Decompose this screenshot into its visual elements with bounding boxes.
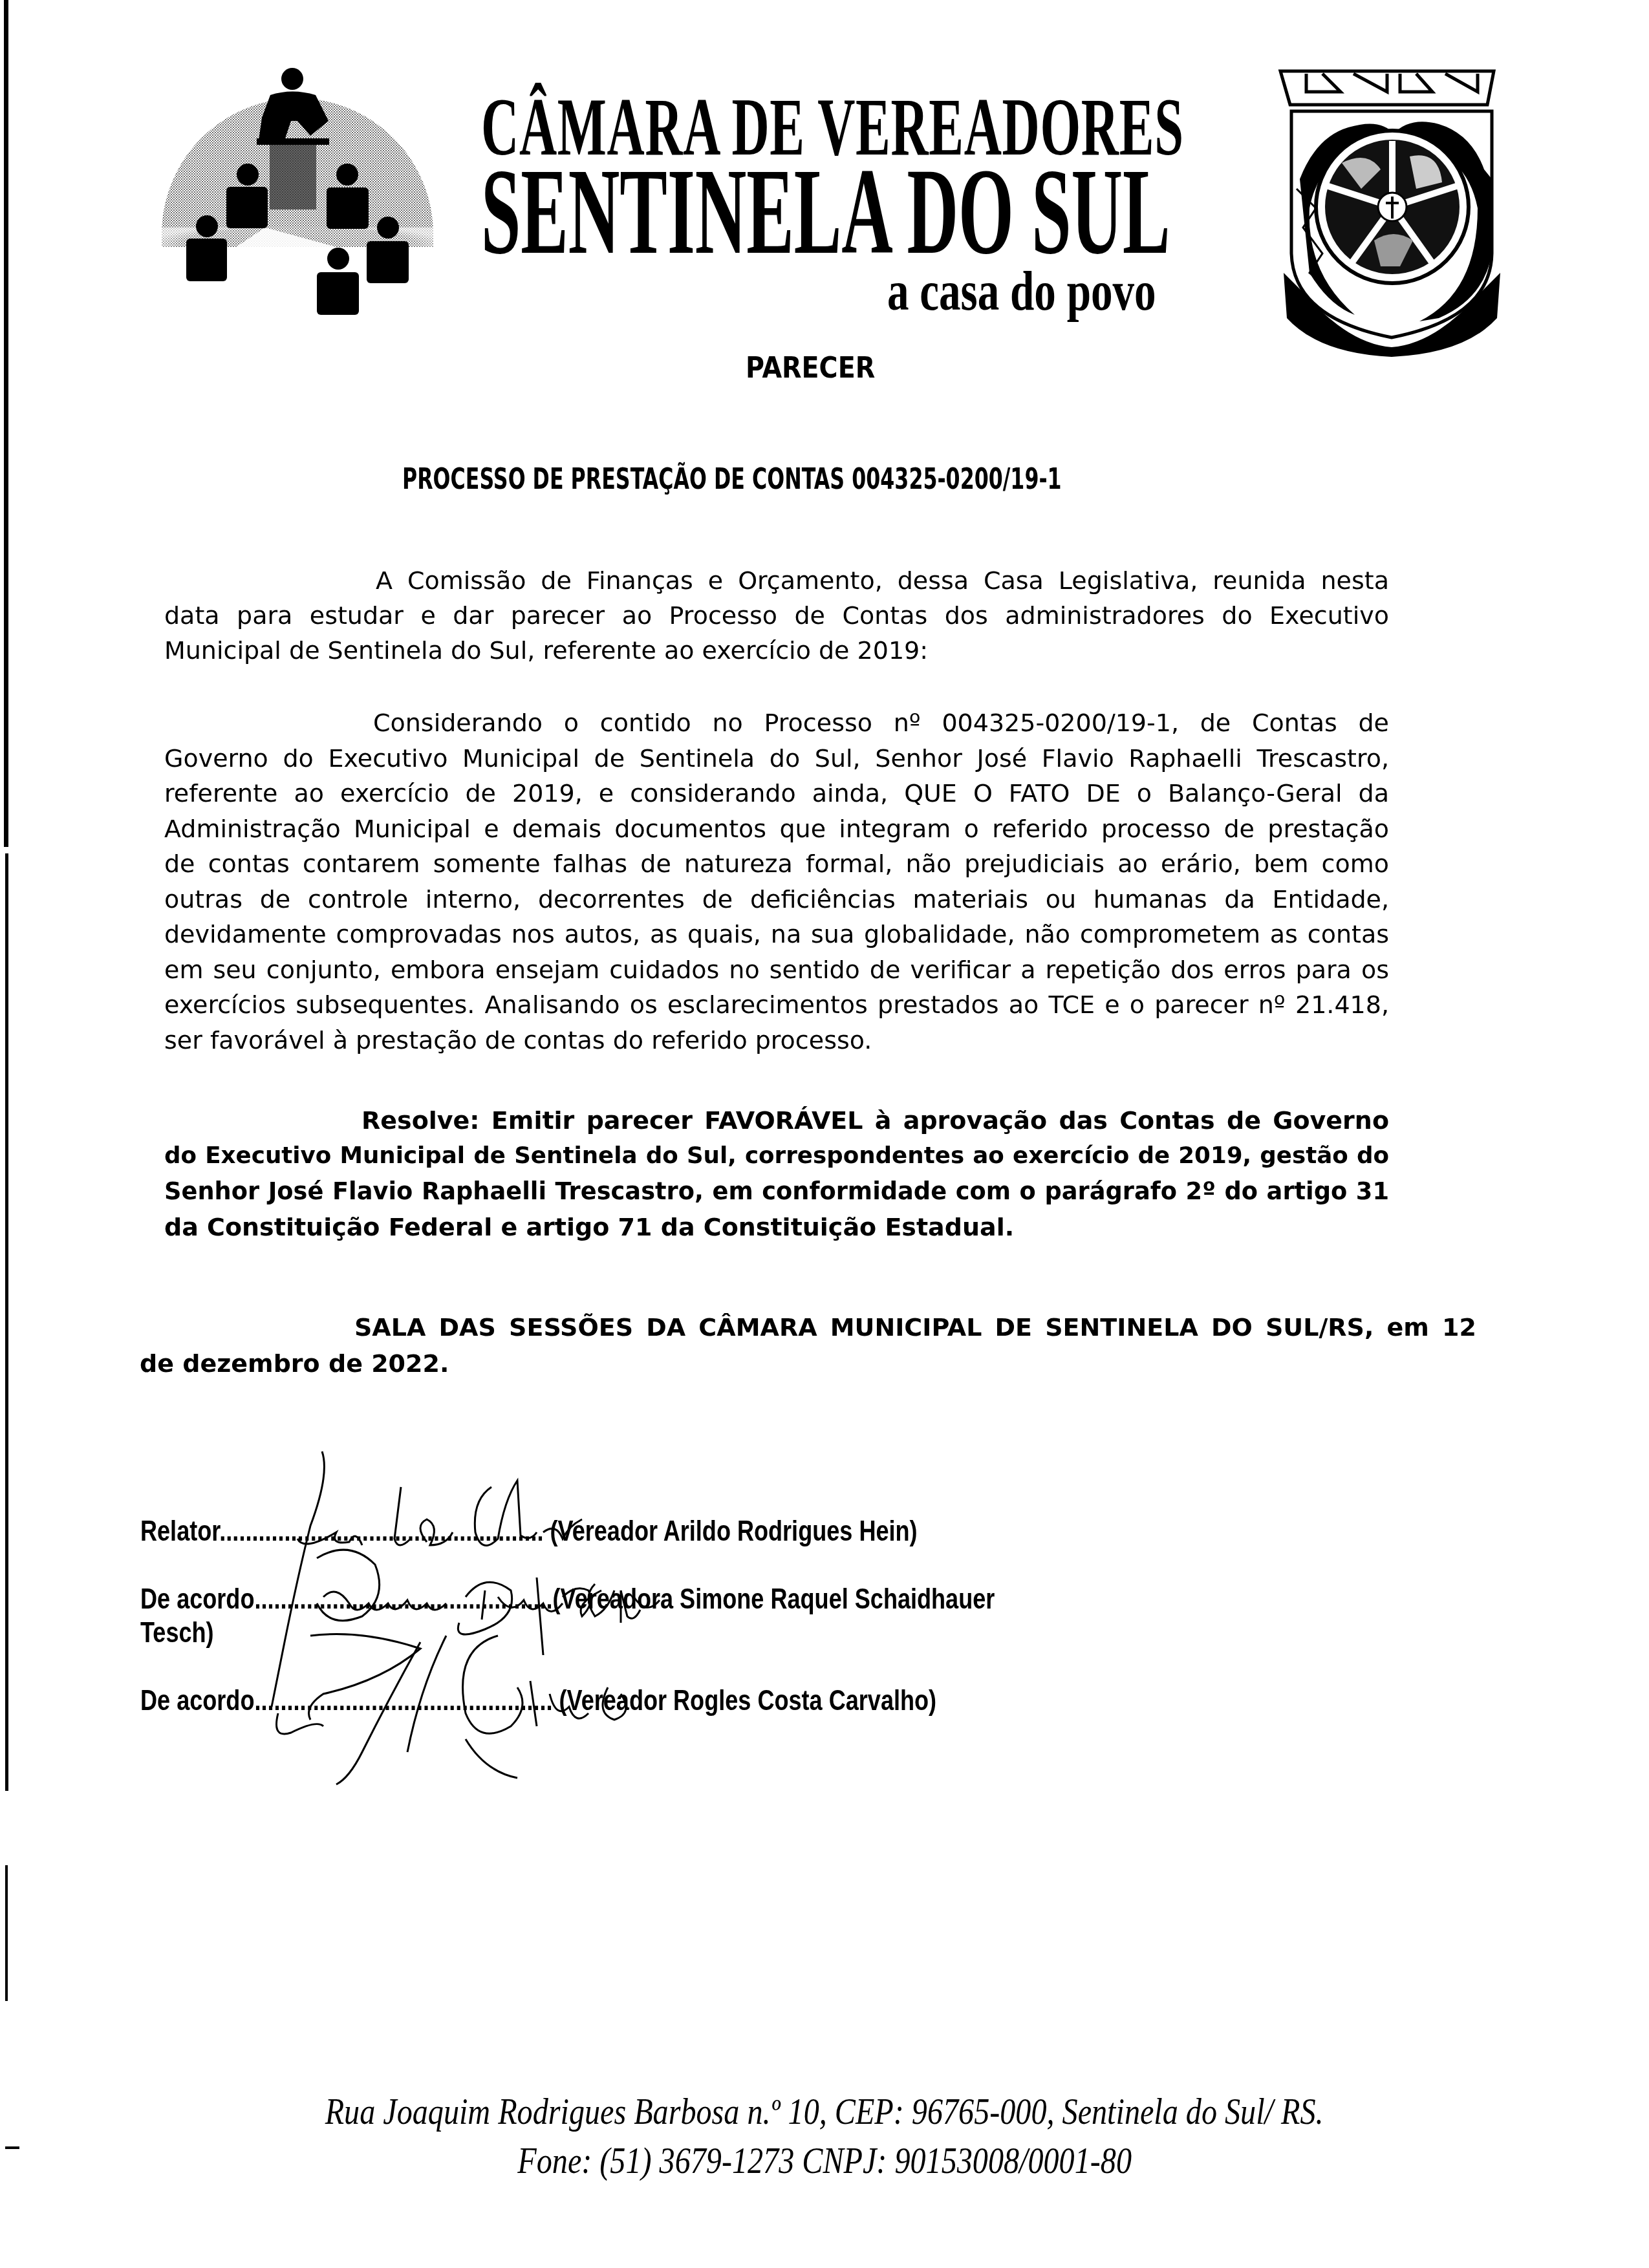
- paragraph-line: de dezembro de 2022.: [140, 1346, 1364, 1381]
- paragraph-line: data para estudar e dar parecer ao Proce…: [164, 598, 1389, 633]
- footer-address-text: Rua Joaquim Rodrigues Barbosa n.º 10, CE…: [325, 2090, 1324, 2135]
- paragraph-line: Governo do Executivo Municipal de Sentin…: [164, 741, 1389, 776]
- paragraph-line: outras de controle interno, decorrentes …: [164, 882, 1389, 917]
- paragraph-line: de contas contarem somente falhas de nat…: [164, 846, 1389, 881]
- signature-label: Relator: [140, 1515, 219, 1547]
- paragraph-line: SALA DAS SESSÕES DA CÂMARA MUNICIPAL DE …: [354, 1310, 1476, 1345]
- header-title-line2: SENTINELA DO SUL: [481, 157, 1170, 267]
- paragraph-line: Municipal de Sentinela do Sul, referente…: [164, 633, 1389, 668]
- signatory-name-continuation: Tesch): [140, 1616, 214, 1651]
- scan-edge-artifact: [4, 0, 8, 847]
- signature-label: De acordo: [140, 1583, 254, 1615]
- paragraph-line: referente ao exercício de 2019, e consid…: [164, 776, 1389, 811]
- signature-label: De acordo: [140, 1685, 254, 1717]
- footer-contact-text: Fone: (51) 3679-1273 CNPJ: 90153008/0001…: [517, 2139, 1132, 2184]
- paragraph-line: Considerando o contido no Processo nº 00…: [373, 705, 1389, 740]
- footer-address: Rua Joaquim Rodrigues Barbosa n.º 10, CE…: [0, 2090, 1649, 2135]
- footer-contact: Fone: (51) 3679-1273 CNPJ: 90153008/0001…: [0, 2139, 1649, 2184]
- assembly-people-logo-icon: [155, 59, 440, 318]
- paragraph-line: A Comissão de Finanças e Orçamento, dess…: [376, 563, 1389, 598]
- paragraph-line: Resolve: Emitir parecer FAVORÁVEL à apro…: [361, 1103, 1389, 1138]
- header-slogan: a casa do povo: [887, 262, 1156, 320]
- paragraph-line: do Executivo Municipal de Sentinela do S…: [164, 1139, 1389, 1173]
- paragraph-line: ser favorável à prestação de contas do r…: [164, 1023, 1389, 1058]
- paragraph-line: exercícios subsequentes. Analisando os e…: [164, 987, 1389, 1022]
- document-subject: PROCESSO DE PRESTAÇÃO DE CONTAS 004325-0…: [402, 464, 1062, 496]
- municipal-coat-of-arms-icon: [1271, 59, 1513, 357]
- scan-edge-artifact: [5, 1865, 8, 2001]
- paragraph-line: em seu conjunto, embora ensejam cuidados…: [164, 952, 1389, 987]
- document-heading: PARECER: [746, 352, 875, 385]
- paragraph-line: Administração Municipal e demais documen…: [164, 811, 1389, 846]
- scan-edge-artifact: [5, 853, 8, 1791]
- paragraph-line: devidamente comprovadas nos autos, as qu…: [164, 917, 1389, 952]
- paragraph-line: da Constituição Federal e artigo 71 da C…: [164, 1210, 1389, 1245]
- paragraph-line: Senhor José Flavio Raphaelli Trescastro,…: [164, 1174, 1389, 1209]
- handwritten-signature-rogles-icon: [272, 1623, 724, 1791]
